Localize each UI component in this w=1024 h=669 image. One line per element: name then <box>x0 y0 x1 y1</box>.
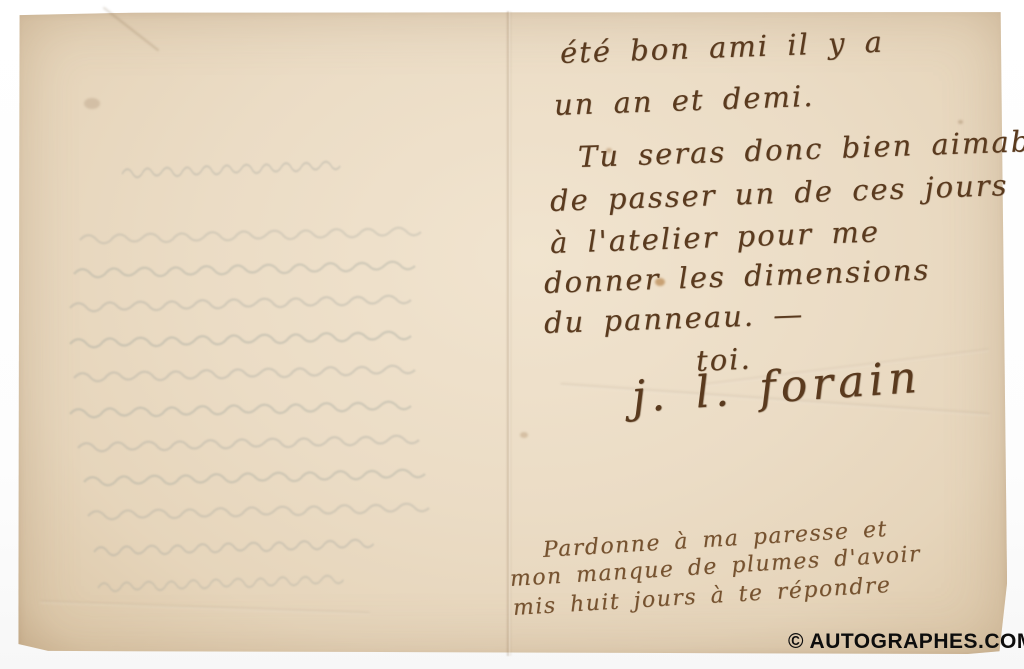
watermark-text: © AUTOGRAPHES.COM <box>788 630 1024 654</box>
letter-photograph: été bon ami il y a un an et demi. Tu ser… <box>0 0 1024 669</box>
